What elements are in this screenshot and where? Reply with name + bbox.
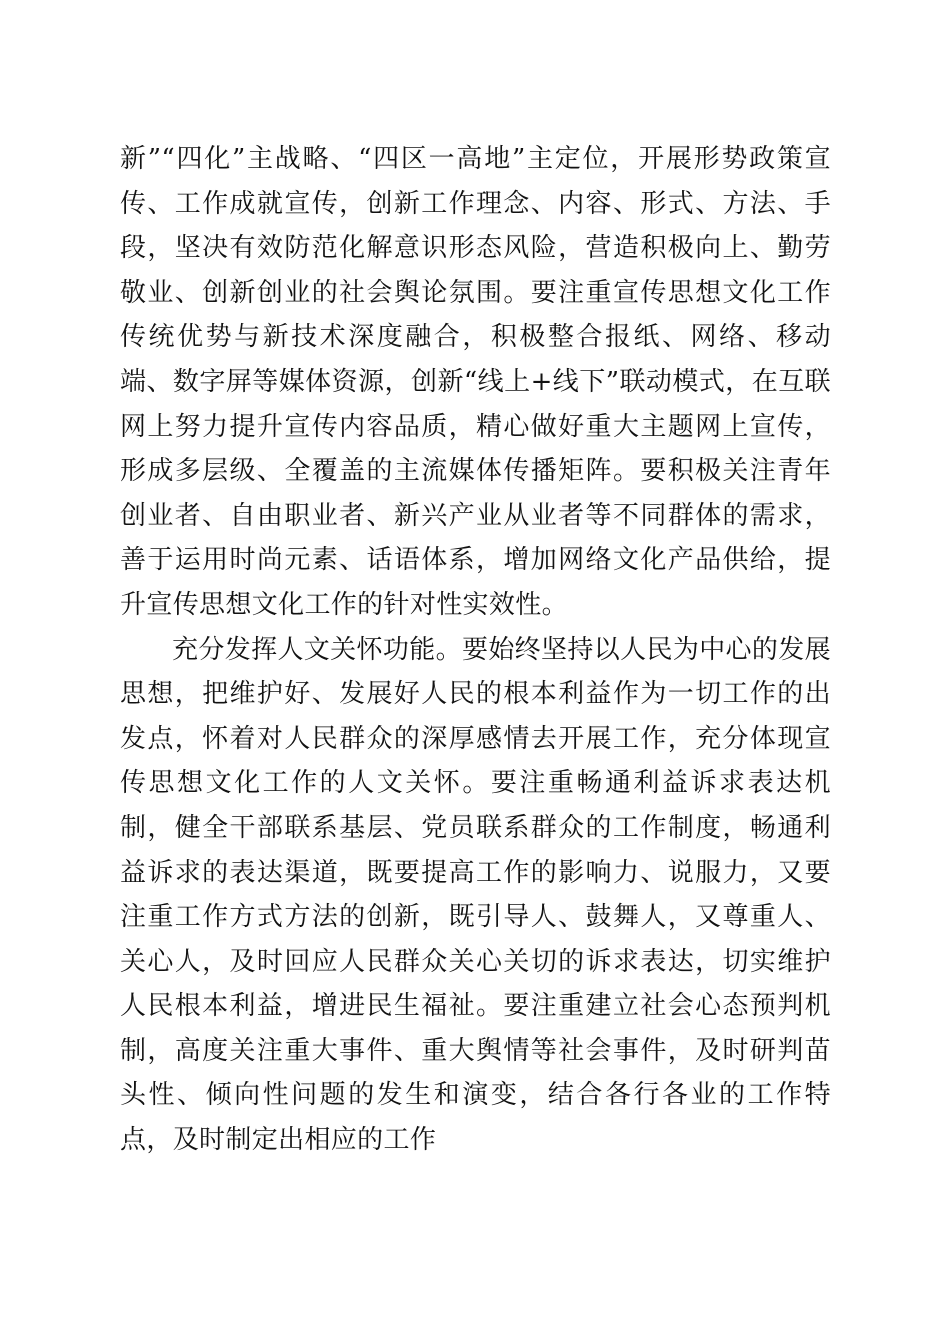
paragraph-continuation: 新”“四化”主战略、“四区一高地”主定位，开展形势政策宣传、工作成就宣传，创新工… xyxy=(120,137,831,628)
document-page: 新”“四化”主战略、“四区一高地”主定位，开展形势政策宣传、工作成就宣传，创新工… xyxy=(0,0,950,1344)
document-body: 新”“四化”主战略、“四区一高地”主定位，开展形势政策宣传、工作成就宣传，创新工… xyxy=(120,137,831,1163)
paragraph-humanistic-care: 充分发挥人文关怀功能。要始终坚持以人民为中心的发展思想，把维护好、发展好人民的根… xyxy=(120,628,831,1163)
